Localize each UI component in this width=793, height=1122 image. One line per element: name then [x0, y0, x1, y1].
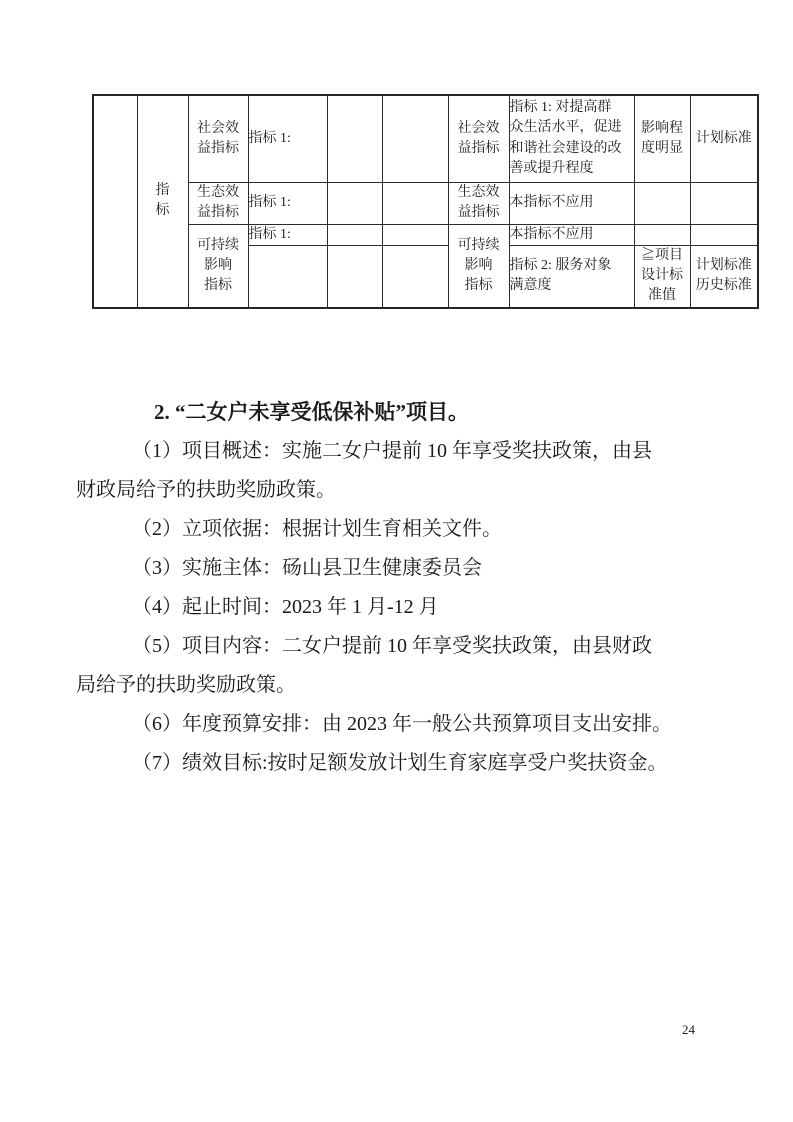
- table-cell-category: 可持续 影响 指标: [188, 224, 248, 308]
- body-line: （1）项目概述：实施二女户提前 10 年享受奖扶政策，由县: [76, 432, 712, 471]
- document-page: 指 标 社会效 益指标 指标 1: 社会效 益指标 指标 1: 对提高群 众生活…: [0, 0, 793, 1122]
- table-cell-level: ≧项目 设计标 准值: [634, 246, 690, 308]
- table-cell-empty: [327, 182, 382, 224]
- table-cell-level: 影响程 度明显: [634, 95, 690, 182]
- section-heading: 2. “二女户未享受低保补贴”项目。: [76, 393, 712, 432]
- body-line: （4）起止时间：2023 年 1 月-12 月: [76, 588, 712, 627]
- body-line: 财政局给予的扶助奖励政策。: [76, 471, 712, 510]
- body-text: 2. “二女户未享受低保补贴”项目。 （1）项目概述：实施二女户提前 10 年享…: [76, 393, 712, 783]
- body-line: （3）实施主体：砀山县卫生健康委员会: [76, 549, 712, 588]
- table-row-group-label: 指 标: [137, 95, 188, 308]
- table-cell-category2: 社会效 益指标: [448, 95, 509, 182]
- body-line: （2）立项依据：根据计划生育相关文件。: [76, 510, 712, 549]
- table-cell-empty: [327, 224, 382, 246]
- table-cell-category: 社会效 益指标: [188, 95, 248, 182]
- table-cell-empty: [382, 182, 448, 224]
- table-cell-empty: [382, 224, 448, 246]
- table-row: 可持续 影响 指标 指标 1: 可持续 影响 指标 本指标不应用: [93, 224, 758, 246]
- body-line: （5）项目内容：二女户提前 10 年享受奖扶政策，由县财政: [76, 627, 712, 666]
- body-line: （6）年度预算安排：由 2023 年一般公共预算项目支出安排。: [76, 705, 712, 744]
- table-cell-standard: [690, 224, 758, 246]
- body-line: 局给予的扶助奖励政策。: [76, 666, 712, 705]
- table-cell-standard: [690, 182, 758, 224]
- table-row: 指 标 社会效 益指标 指标 1: 社会效 益指标 指标 1: 对提高群 众生活…: [93, 95, 758, 182]
- table-cell-empty: [382, 246, 448, 308]
- table-cell-standard: 计划标准: [690, 95, 758, 182]
- table-cell-level: [634, 224, 690, 246]
- table-cell-description: 指标 1: 对提高群 众生活水平，促进 和谐社会建设的改 善或提升程度: [509, 95, 634, 182]
- table-cell-description: 本指标不应用: [509, 224, 634, 246]
- table-cell-standard: 计划标准 历史标准: [690, 246, 758, 308]
- table-cell-metric-empty: [248, 246, 327, 308]
- table-cell-empty-left: [93, 95, 137, 308]
- table-row: 生态效 益指标 指标 1: 生态效 益指标 本指标不应用: [93, 182, 758, 224]
- page-number: 24: [682, 1022, 695, 1038]
- table-cell-metric: 指标 1:: [248, 95, 327, 182]
- table-cell-category: 生态效 益指标: [188, 182, 248, 224]
- performance-indicator-table: 指 标 社会效 益指标 指标 1: 社会效 益指标 指标 1: 对提高群 众生活…: [92, 94, 759, 309]
- table-cell-category2: 可持续 影响 指标: [448, 224, 509, 308]
- table-cell-metric: 指标 1:: [248, 182, 327, 224]
- table-cell-empty: [327, 95, 382, 182]
- table-cell-category2: 生态效 益指标: [448, 182, 509, 224]
- body-line: （7）绩效目标:按时足额发放计划生育家庭享受户奖扶资金。: [76, 744, 712, 783]
- table-cell-empty: [382, 95, 448, 182]
- table-cell-empty: [327, 246, 382, 308]
- table-cell-metric: 指标 1:: [248, 224, 327, 246]
- table-cell-description: 指标 2: 服务对象 满意度: [509, 246, 634, 308]
- table-cell-level: [634, 182, 690, 224]
- table-cell-description: 本指标不应用: [509, 182, 634, 224]
